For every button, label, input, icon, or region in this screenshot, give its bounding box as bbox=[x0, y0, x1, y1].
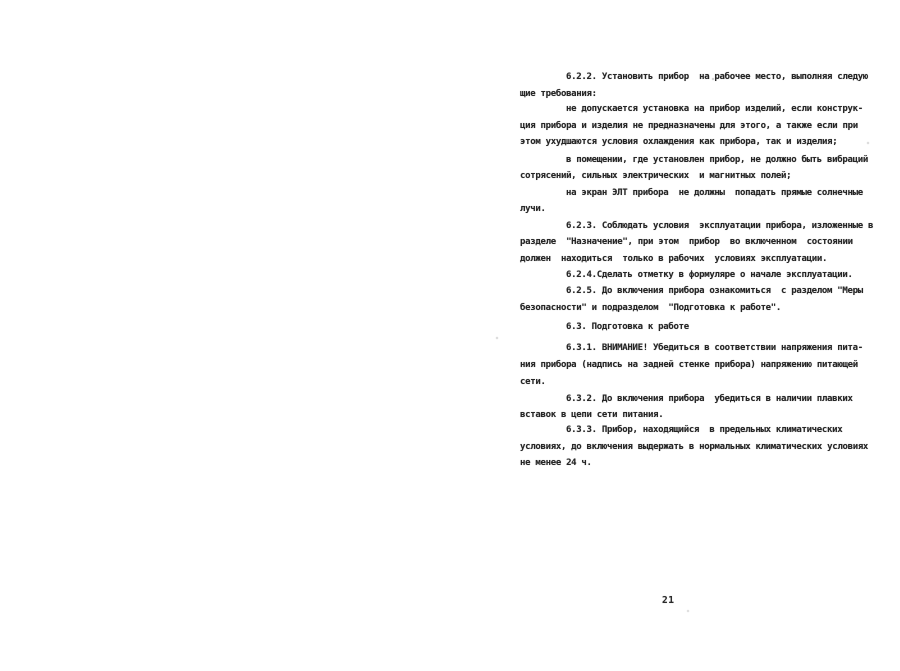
text-block: 6.2.2. Установить прибор на рабочее мест… bbox=[0, 0, 900, 671]
text-line: 6.2.2. Установить прибор на рабочее мест… bbox=[566, 71, 868, 83]
text-line: 6.3.3. Прибор, находящийся в предельных … bbox=[566, 424, 842, 436]
text-line: 6.3.1. ВНИМАНИЕ! Убедиться в соответстви… bbox=[566, 342, 863, 354]
text-line: разделе "Назначение", при этом прибор во… bbox=[520, 236, 853, 248]
text-line: вставок в цепи сети питания. bbox=[520, 409, 663, 421]
text-line: ция прибора и изделия не предназначены д… bbox=[520, 120, 858, 132]
text-line: сотрясений, сильных электрических и магн… bbox=[520, 170, 791, 182]
text-line: должен находиться только в рабочих услов… bbox=[520, 253, 827, 265]
text-line: не менее 24 ч. bbox=[520, 457, 592, 469]
page-number: 21 bbox=[662, 595, 674, 606]
text-line: условиях, до включения выдержать в норма… bbox=[520, 441, 868, 453]
text-line: 6.2.4.Сделать отметку в формуляре о нача… bbox=[566, 269, 853, 281]
text-line: не допускается установка на прибор издел… bbox=[566, 103, 863, 115]
text-line: 6.3.2. До включения прибора убедиться в … bbox=[566, 393, 853, 405]
text-line: лучи. bbox=[520, 203, 546, 215]
scanned-document-page: 6.2.2. Установить прибор на рабочее мест… bbox=[0, 0, 900, 671]
text-line: этом ухудшаются условия охлаждения как п… bbox=[520, 136, 837, 148]
text-line: безопасности" и подразделом "Подготовка … bbox=[520, 302, 781, 314]
text-line: 6.3. Подготовка к работе bbox=[566, 321, 689, 333]
text-line: сети. bbox=[520, 376, 546, 388]
text-line: в помещении, где установлен прибор, не д… bbox=[566, 154, 868, 166]
text-line: 6.2.5. До включения прибора ознакомиться… bbox=[566, 285, 863, 297]
text-line: на экран ЭЛТ прибора не должны попадать … bbox=[566, 187, 863, 199]
text-line: щие требования: bbox=[520, 88, 597, 100]
text-line: 6.2.3. Соблюдать условия эксплуатации пр… bbox=[566, 220, 873, 232]
text-line: ния прибора (надпись на задней стенке пр… bbox=[520, 359, 858, 371]
